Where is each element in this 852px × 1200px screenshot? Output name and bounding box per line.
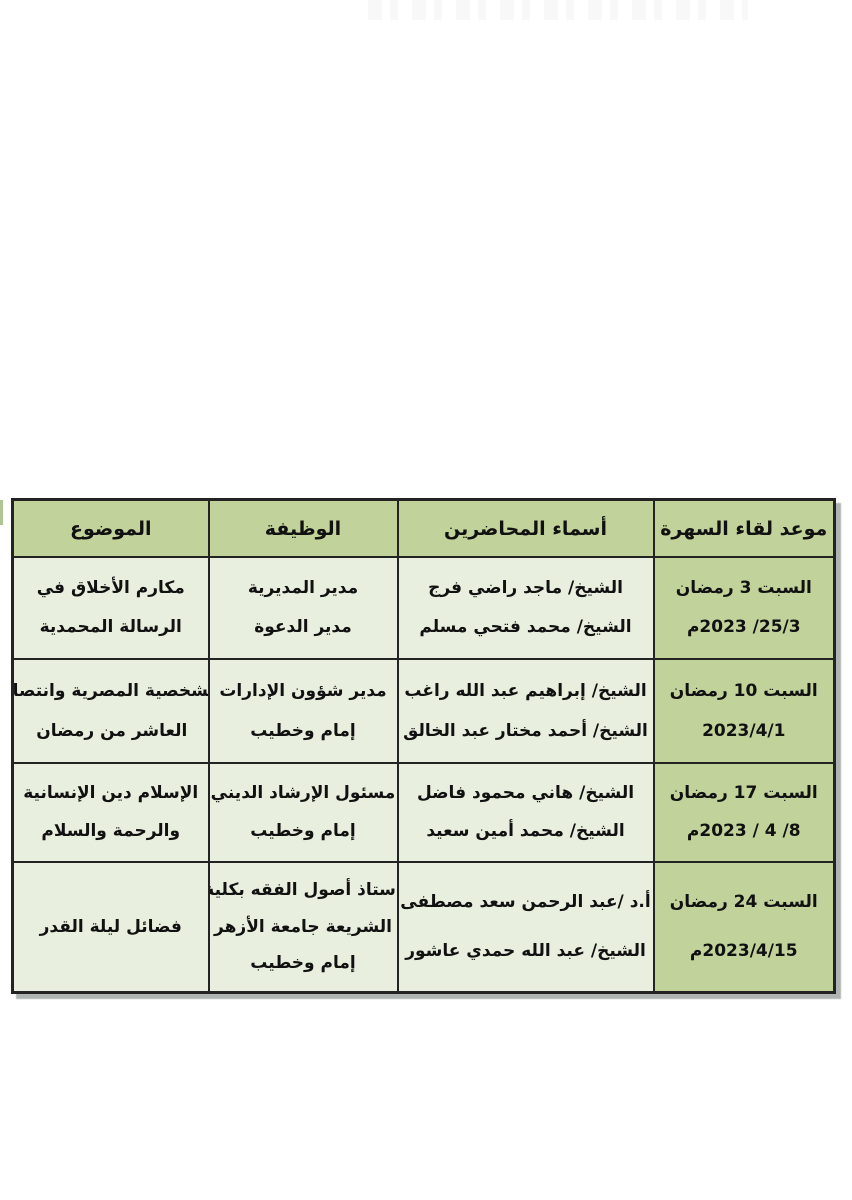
- lecturers-cell: أ.د /عبد الرحمن سعد مصطفى الشيخ/ عبد الل…: [398, 862, 654, 993]
- topic-text: الشخصية المصرية وانتصار: [13, 682, 209, 701]
- scan-artifact-mark: [0, 500, 3, 525]
- topic-text: الرسالة المحمدية: [40, 618, 182, 637]
- lecturer-name: الشيخ/ محمد فتحي مسلم: [419, 618, 631, 637]
- header-date: موعد لقاء السهرة: [654, 500, 835, 558]
- topic-cell: الإسلام دين الإنسانية والرحمة والسلام: [13, 763, 209, 862]
- header-job: الوظيفة: [209, 500, 398, 558]
- job-title: إمام وخطيب: [250, 954, 355, 973]
- table-row: السبت 3 رمضان 25/3/ 2023م الشيخ/ ماجد را…: [13, 557, 835, 659]
- job-title: إمام وخطيب: [250, 722, 355, 741]
- date-gregorian-text: 8/ 4 / 2023م: [687, 822, 801, 841]
- job-title: مسئول الإرشاد الديني: [211, 784, 396, 803]
- header-lecturers: أسماء المحاضرين: [398, 500, 654, 558]
- date-day-text: السبت 17 رمضان: [670, 784, 818, 803]
- lecturers-cell: الشيخ/ إبراهيم عبد الله راغب الشيخ/ أحمد…: [398, 659, 654, 763]
- lecturer-name: الشيخ/ هاني محمود فاضل: [417, 784, 634, 803]
- lecturer-name: أ.د /عبد الرحمن سعد مصطفى: [400, 893, 650, 912]
- lecturer-name: الشيخ/ أحمد مختار عبد الخالق: [403, 722, 648, 741]
- date-cell: السبت 10 رمضان 2023/4/1: [654, 659, 835, 763]
- job-cell: مدير المديرية مدير الدعوة: [209, 557, 398, 659]
- topic-cell: الشخصية المصرية وانتصار العاشر من رمضان: [13, 659, 209, 763]
- job-cell: أستاذ أصول الفقه بكلية الشريعة جامعة الأ…: [209, 862, 398, 993]
- lecturer-name: الشيخ/ محمد أمين سعيد: [426, 822, 624, 841]
- table-row: السبت 24 رمضان 2023/4/15م أ.د /عبد الرحم…: [13, 862, 835, 993]
- topic-cell: مكارم الأخلاق في الرسالة المحمدية: [13, 557, 209, 659]
- job-title: مدير الدعوة: [254, 618, 352, 637]
- lecturer-name: الشيخ/ إبراهيم عبد الله راغب: [404, 682, 646, 701]
- date-day-text: السبت 3 رمضان: [676, 579, 812, 598]
- table-header-row: موعد لقاء السهرة أسماء المحاضرين الوظيفة…: [13, 500, 835, 558]
- faded-cutoff-text: [368, 0, 748, 20]
- date-gregorian-text: 2023/4/15م: [690, 942, 798, 961]
- lecturers-cell: الشيخ/ ماجد راضي فرج الشيخ/ محمد فتحي مس…: [398, 557, 654, 659]
- job-title: أستاذ أصول الفقه بكلية: [209, 881, 398, 900]
- topic-text: والرحمة والسلام: [41, 822, 180, 841]
- date-cell: السبت 24 رمضان 2023/4/15م: [654, 862, 835, 993]
- lecturers-cell: الشيخ/ هاني محمود فاضل الشيخ/ محمد أمين …: [398, 763, 654, 862]
- topic-text: فضائل ليلة القدر: [40, 918, 182, 937]
- lecturer-name: الشيخ/ عبد الله حمدي عاشور: [405, 942, 646, 961]
- table-row: السبت 10 رمضان 2023/4/1 الشيخ/ إبراهيم ع…: [13, 659, 835, 763]
- job-cell: مدير شؤون الإدارات إمام وخطيب: [209, 659, 398, 763]
- job-cell: مسئول الإرشاد الديني إمام وخطيب: [209, 763, 398, 862]
- date-day-text: السبت 24 رمضان: [670, 893, 818, 912]
- ramadan-evening-schedule-table: موعد لقاء السهرة أسماء المحاضرين الوظيفة…: [11, 498, 836, 994]
- date-day-text: السبت 10 رمضان: [670, 682, 818, 701]
- lecturer-name: الشيخ/ ماجد راضي فرج: [428, 579, 623, 598]
- date-gregorian-text: 2023/4/1: [702, 722, 785, 741]
- topic-cell: فضائل ليلة القدر: [13, 862, 209, 993]
- date-gregorian-text: 25/3/ 2023م: [687, 618, 801, 637]
- table-row: السبت 17 رمضان 8/ 4 / 2023م الشيخ/ هاني …: [13, 763, 835, 862]
- job-title: إمام وخطيب: [250, 822, 355, 841]
- date-cell: السبت 17 رمضان 8/ 4 / 2023م: [654, 763, 835, 862]
- topic-text: الإسلام دين الإنسانية: [23, 784, 198, 803]
- job-title: مدير المديرية: [248, 579, 358, 598]
- topic-text: مكارم الأخلاق في: [37, 579, 185, 598]
- job-title: مدير شؤون الإدارات: [219, 682, 386, 701]
- header-topic: الموضوع: [13, 500, 209, 558]
- scanned-document-page: موعد لقاء السهرة أسماء المحاضرين الوظيفة…: [0, 0, 852, 1200]
- date-cell: السبت 3 رمضان 25/3/ 2023م: [654, 557, 835, 659]
- job-title: الشريعة جامعة الأزهر: [214, 918, 392, 937]
- topic-text: العاشر من رمضان: [36, 722, 187, 741]
